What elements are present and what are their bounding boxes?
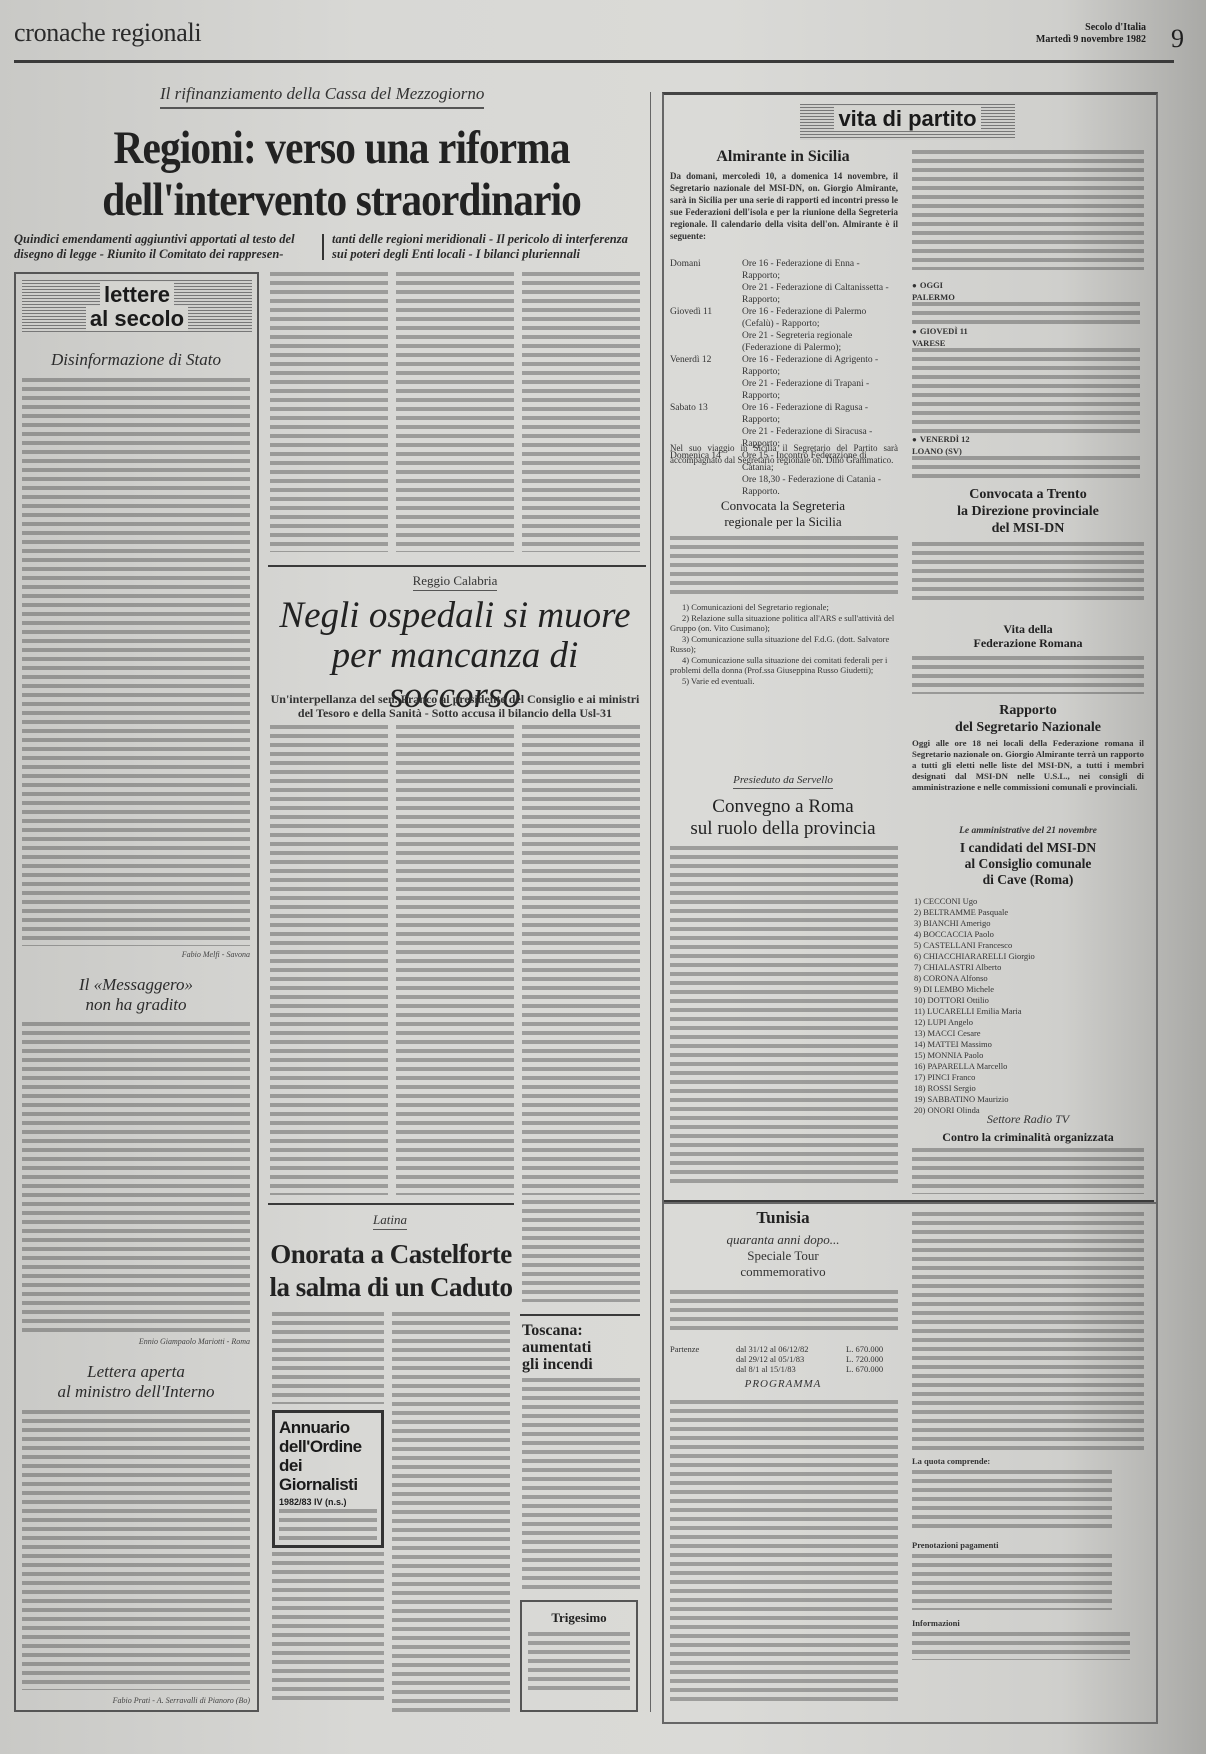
letters-banner: lettere al secolo [22,280,252,332]
latina-headline-line1: Onorata a Castelforte [266,1238,516,1271]
rapporto-text: Oggi alle ore 18 nei locali della Federa… [912,738,1144,793]
candidate-item: 5) CASTELLANI Francesco [914,940,1142,951]
reggio-col1 [270,725,388,1195]
radio-tv-title: Contro la criminalità organizzata [910,1130,1146,1145]
toscana-rule [520,1314,640,1316]
calendar-day: Domani [670,258,742,306]
convegno-body [670,846,898,1186]
toscana-headline-line1: Toscana: [522,1322,640,1339]
latina-col2 [392,1312,510,1712]
main-kicker: Il rifinanziamento della Cassa del Mezzo… [160,84,484,109]
candidate-item: 14) MATTEI Massimo [914,1039,1142,1050]
agenda-text [912,456,1140,480]
almirante-intro: Da domani, mercoledì 10, a domenica 14 n… [670,170,898,242]
calendar-row: DomaniOre 16 - Federazione di Enna - Rap… [670,258,898,306]
masthead-info: Secolo d'Italia Martedì 9 novembre 1982 [1036,22,1146,46]
calendar-row: Venerdì 12Ore 16 - Federazione di Agrige… [670,354,898,402]
candidate-item: 16) PAPARELLA Marcello [914,1061,1142,1072]
main-headline: Regioni: verso una riforma dell'interven… [60,122,623,226]
latina-kicker: Latina [268,1212,512,1228]
trento-title-line3: del MSI-DN [910,520,1146,537]
annuario-title-line2: dell'Ordine [279,1437,377,1456]
letters-banner-line2: al secolo [86,306,188,331]
main-story-col2 [396,272,514,552]
tunisia-box [662,1204,1158,1724]
calendar-day: Venerdì 12 [670,354,742,402]
candidate-item: 7) CHIALASTRI Alberto [914,962,1142,973]
candidate-item: 3) BIANCHI Amerigo [914,918,1142,929]
federazione-romana-title-line2: Federazione Romana [910,636,1146,650]
agenda-item: 5) Varie ed eventuali. [670,676,898,687]
toscana-headline: Toscana: aumentati gli incendi [522,1322,640,1373]
letter-title-3-line1: Lettera aperta [20,1362,252,1382]
reggio-col2 [396,725,514,1195]
candidate-item: 10) DOTTORI Ottilio [914,995,1142,1006]
rapporto-title-line1: Rapporto [910,702,1146,719]
candidate-item: 1) CECCONI Ugo [914,896,1142,907]
reggio-col3-cont [522,1200,640,1302]
agenda-item: 3) Comunicazione sulla situazione del F.… [670,634,898,655]
main-story-col1 [270,272,388,552]
agenda-day: VENERDÌ 12 [912,434,1144,446]
letter-title-3: Lettera aperta al ministro dell'Interno [20,1362,252,1402]
candidate-item: 19) SABBATINO Maurizio [914,1094,1142,1105]
trento-title: Convocata a Trento la Direzione provinci… [910,486,1146,537]
calendar-events: Ore 16 - Federazione di Agrigento - Rapp… [742,354,898,402]
column-divider [650,92,651,1712]
main-headline-line1: Regioni: verso una riforma [60,122,623,174]
rapporto-title: Rapporto del Segretario Nazionale [910,702,1146,736]
candidate-item: 11) LUCARELLI Emilia Maria [914,1006,1142,1017]
candidate-item: 8) CORONA Alfonso [914,973,1142,984]
agenda-text [912,302,1140,326]
calendar-day: Giovedì 11 [670,306,742,354]
toscana-body [522,1378,640,1592]
federazione-romana-title-line1: Vita della [910,622,1146,636]
candidate-item: 17) PINCI Franco [914,1072,1142,1083]
paper-name: Secolo d'Italia [1036,22,1146,34]
candidati-title-line3: di Cave (Roma) [910,872,1146,888]
trento-body [912,542,1144,604]
candidati-title-line1: I candidati del MSI-DN [910,840,1146,856]
radio-tv-kicker: Settore Radio TV [910,1112,1146,1127]
candidate-item: 18) ROSSI Sergio [914,1083,1142,1094]
reggio-col3 [522,725,640,1195]
reggio-headline-line1: Negli ospedali si muore [262,596,648,636]
annuario-title-line3: dei Giornalisti [279,1456,377,1494]
annuario-text [279,1509,377,1543]
letter-title-1: Disinformazione di Stato [20,350,252,370]
letter-title-3-line2: al ministro dell'Interno [20,1382,252,1402]
rapporto-title-line2: del Segretario Nazionale [910,719,1146,736]
main-subhead-right: tanti delle regioni meridionali - Il per… [332,232,642,262]
trento-title-line1: Convocata a Trento [910,486,1146,503]
tunisia-rule [664,1200,1154,1202]
latina-col1 [272,1312,384,1404]
reggio-subhead: Un'interpellanza del sen. Franco al pres… [265,692,645,720]
letters-banner-line1: lettere [100,282,174,307]
agenda-right: OGGIPALERMOGIOVEDÌ 11VARESEVENERDÌ 12LOA… [912,280,1144,480]
main-story-col3 [522,272,640,552]
main-subhead-left: Quindici emendamenti aggiuntivi apportat… [14,232,314,262]
vita-banner: vita di partito [800,104,1015,140]
federazione-romana-title: Vita della Federazione Romana [910,622,1146,650]
letter-title-2-line1: Il «Messaggero» [20,975,252,995]
annuario-edition: 1982/83 IV (n.s.) [279,1497,377,1507]
vita-right-intro [912,150,1144,270]
agenda-item: 4) Comunicazione sulla situazione dei co… [670,655,898,676]
convegno-title-line2: sul ruolo della provincia [668,818,898,840]
letter-signature-1: Fabio Melfi - Savona [22,950,250,959]
radio-tv-body [912,1148,1144,1194]
agenda-item: 1) Comunicazioni del Segretario regional… [670,602,898,613]
candidate-item: 4) BOCCACCIA Paolo [914,929,1142,940]
agenda-item: 2) Relazione sulla situazione politica a… [670,613,898,634]
reggio-kicker-text: Reggio Calabria [413,573,498,591]
subhead-divider [322,234,324,260]
toscana-headline-line2: aumentati [522,1339,640,1356]
segreteria-title-line1: Convocata la Segreteria [668,498,898,514]
segreteria-agenda: 1) Comunicazioni del Segretario regional… [670,602,898,686]
letter-title-2: Il «Messaggero» non ha gradito [20,975,252,1015]
section-rule [268,565,646,567]
annuario-title-line1: Annuario [279,1418,377,1437]
candidate-item: 9) DI LEMBO Michele [914,984,1142,995]
agenda-place: VARESE [912,338,1144,349]
latina-headline-line2: la salma di un Caduto [266,1271,516,1304]
candidati-title-line2: al Consiglio comunale [910,856,1146,872]
convegno-kicker-text: Presieduto da Servello [733,774,833,789]
annuario-title: Annuario dell'Ordine dei Giornalisti [279,1418,377,1494]
candidate-item: 13) MACCI Cesare [914,1028,1142,1039]
candidate-item: 2) BELTRAMME Pasquale [914,907,1142,918]
latina-col1-cont [272,1552,384,1702]
convegno-title: Convegno a Roma sul ruolo della provinci… [668,796,898,840]
candidate-item: 6) CHIACCHIARARELLI Giorgio [914,951,1142,962]
candidate-item: 15) MONNIA Paolo [914,1050,1142,1061]
calendar-row: Giovedì 11Ore 16 - Federazione di Palerm… [670,306,898,354]
latina-headline: Onorata a Castelforte la salma di un Cad… [266,1238,516,1304]
agenda-text [912,348,1140,434]
annuario-ad: Annuario dell'Ordine dei Giornalisti 198… [272,1410,384,1548]
section-title: cronache regionali [14,18,201,48]
letter-body-3 [22,1410,250,1690]
calendar-events: Ore 16 - Federazione di Enna - Rapporto;… [742,258,898,306]
header-rule [14,60,1174,63]
agenda-day: OGGI [912,280,1144,292]
agenda-day: GIOVEDÌ 11 [912,326,1144,338]
reggio-kicker: Reggio Calabria [265,573,645,589]
candidate-item: 12) LUPI Angelo [914,1017,1142,1028]
trento-title-line2: la Direzione provinciale [910,503,1146,520]
letter-signature-3: Fabio Prati - A. Serravalli di Pianoro (… [22,1696,250,1705]
candidati-kicker: Le amministrative del 21 novembre [910,826,1146,836]
convegno-kicker: Presieduto da Servello [668,774,898,786]
latina-top-rule [268,1203,514,1205]
almirante-closing: Nel suo viaggio in Sicilia il Segretario… [670,442,898,466]
main-headline-line2: dell'intervento straordinario [60,174,623,226]
latina-kicker-text: Latina [373,1212,407,1230]
agenda-place: LOANO (SV) [912,446,1144,457]
page-number: 9 [1171,24,1184,54]
trigesimo-title: Trigesimo [522,1610,636,1626]
letter-title-2-line2: non ha gradito [20,995,252,1015]
candidati-list: 1) CECCONI Ugo2) BELTRAMME Pasquale3) BI… [914,896,1142,1116]
segreteria-title: Convocata la Segreteria regionale per la… [668,498,898,530]
issue-date: Martedì 9 novembre 1982 [1036,34,1146,46]
letter-body-2 [22,1022,250,1332]
trigesimo-body [528,1632,630,1694]
vita-banner-text: vita di partito [834,106,980,131]
candidati-title: I candidati del MSI-DN al Consiglio comu… [910,840,1146,888]
segreteria-title-line2: regionale per la Sicilia [668,514,898,530]
toscana-headline-line3: gli incendi [522,1356,640,1373]
letter-body-1 [22,378,250,946]
calendar-events: Ore 16 - Federazione di Palermo (Cefalù)… [742,306,898,354]
trigesimo-box: Trigesimo [520,1600,638,1712]
convegno-title-line1: Convegno a Roma [668,796,898,818]
agenda-place: PALERMO [912,292,1144,303]
federazione-romana-body [912,656,1144,694]
segreteria-body [670,536,898,598]
almirante-title: Almirante in Sicilia [668,148,898,166]
letter-signature-2: Ennio Giampaolo Mariotti - Roma [22,1337,250,1346]
